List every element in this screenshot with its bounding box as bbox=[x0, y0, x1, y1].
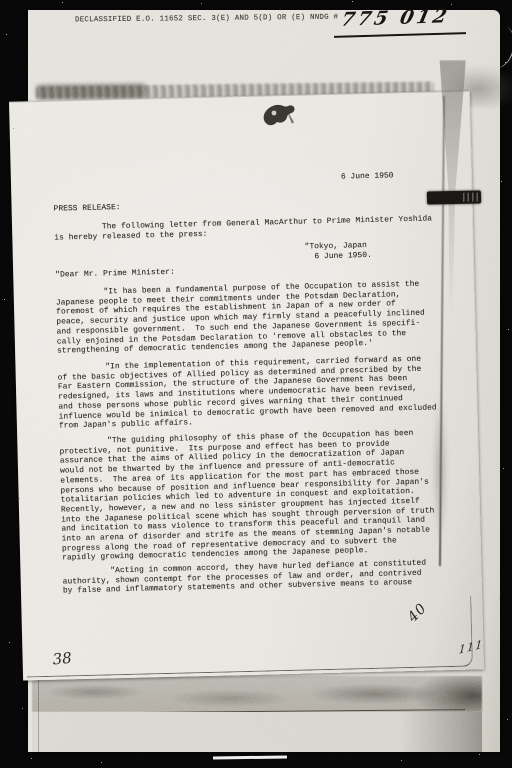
intro-text: The following letter from General MacArt… bbox=[54, 214, 432, 243]
lower-sheet-smudged-band bbox=[32, 676, 482, 712]
stamp-bar-marks bbox=[460, 192, 478, 201]
dateline: "Tokyo, Japan 6 June 1950. bbox=[305, 241, 372, 262]
paragraph-2: "In the implementation of this requireme… bbox=[57, 354, 437, 431]
press-release-sheet: 6 June 1950 PRESS RELEASE: The following… bbox=[9, 90, 484, 680]
dust-specks bbox=[0, 0, 1, 1]
dark-stamp-bar bbox=[427, 190, 481, 204]
crease-smudge bbox=[428, 370, 450, 570]
lower-sheet-light-band bbox=[32, 712, 482, 752]
declassification-number-handwritten: 775 012 bbox=[339, 5, 452, 31]
salutation: "Dear Mr. Prime Minister: bbox=[55, 268, 175, 281]
sheet-corner-outline bbox=[25, 596, 473, 678]
declassification-number-underline bbox=[334, 32, 466, 37]
paragraph-4: "Acting in common accord, they have hurl… bbox=[62, 559, 426, 597]
scanned-document-page: DECLASSIFIED E.O. 11652 SEC. 3(E) AND 5(… bbox=[0, 0, 512, 768]
paragraph-1: "It has been a fundamental purpose of th… bbox=[56, 280, 426, 357]
ink-blot-mark bbox=[258, 100, 304, 136]
bottom-edge-sliver bbox=[213, 755, 287, 759]
date-top: 6 June 1950 bbox=[341, 171, 394, 182]
paragraph-3: "The guiding philosophy of this phase of… bbox=[59, 428, 435, 563]
lower-sheet-left-edge bbox=[38, 678, 39, 754]
smudge-dense-area bbox=[36, 83, 146, 99]
press-release-heading: PRESS RELEASE: bbox=[54, 203, 121, 214]
declassification-stamp-text: DECLASSIFIED E.O. 11652 SEC. 3(E) AND 5(… bbox=[75, 14, 338, 26]
